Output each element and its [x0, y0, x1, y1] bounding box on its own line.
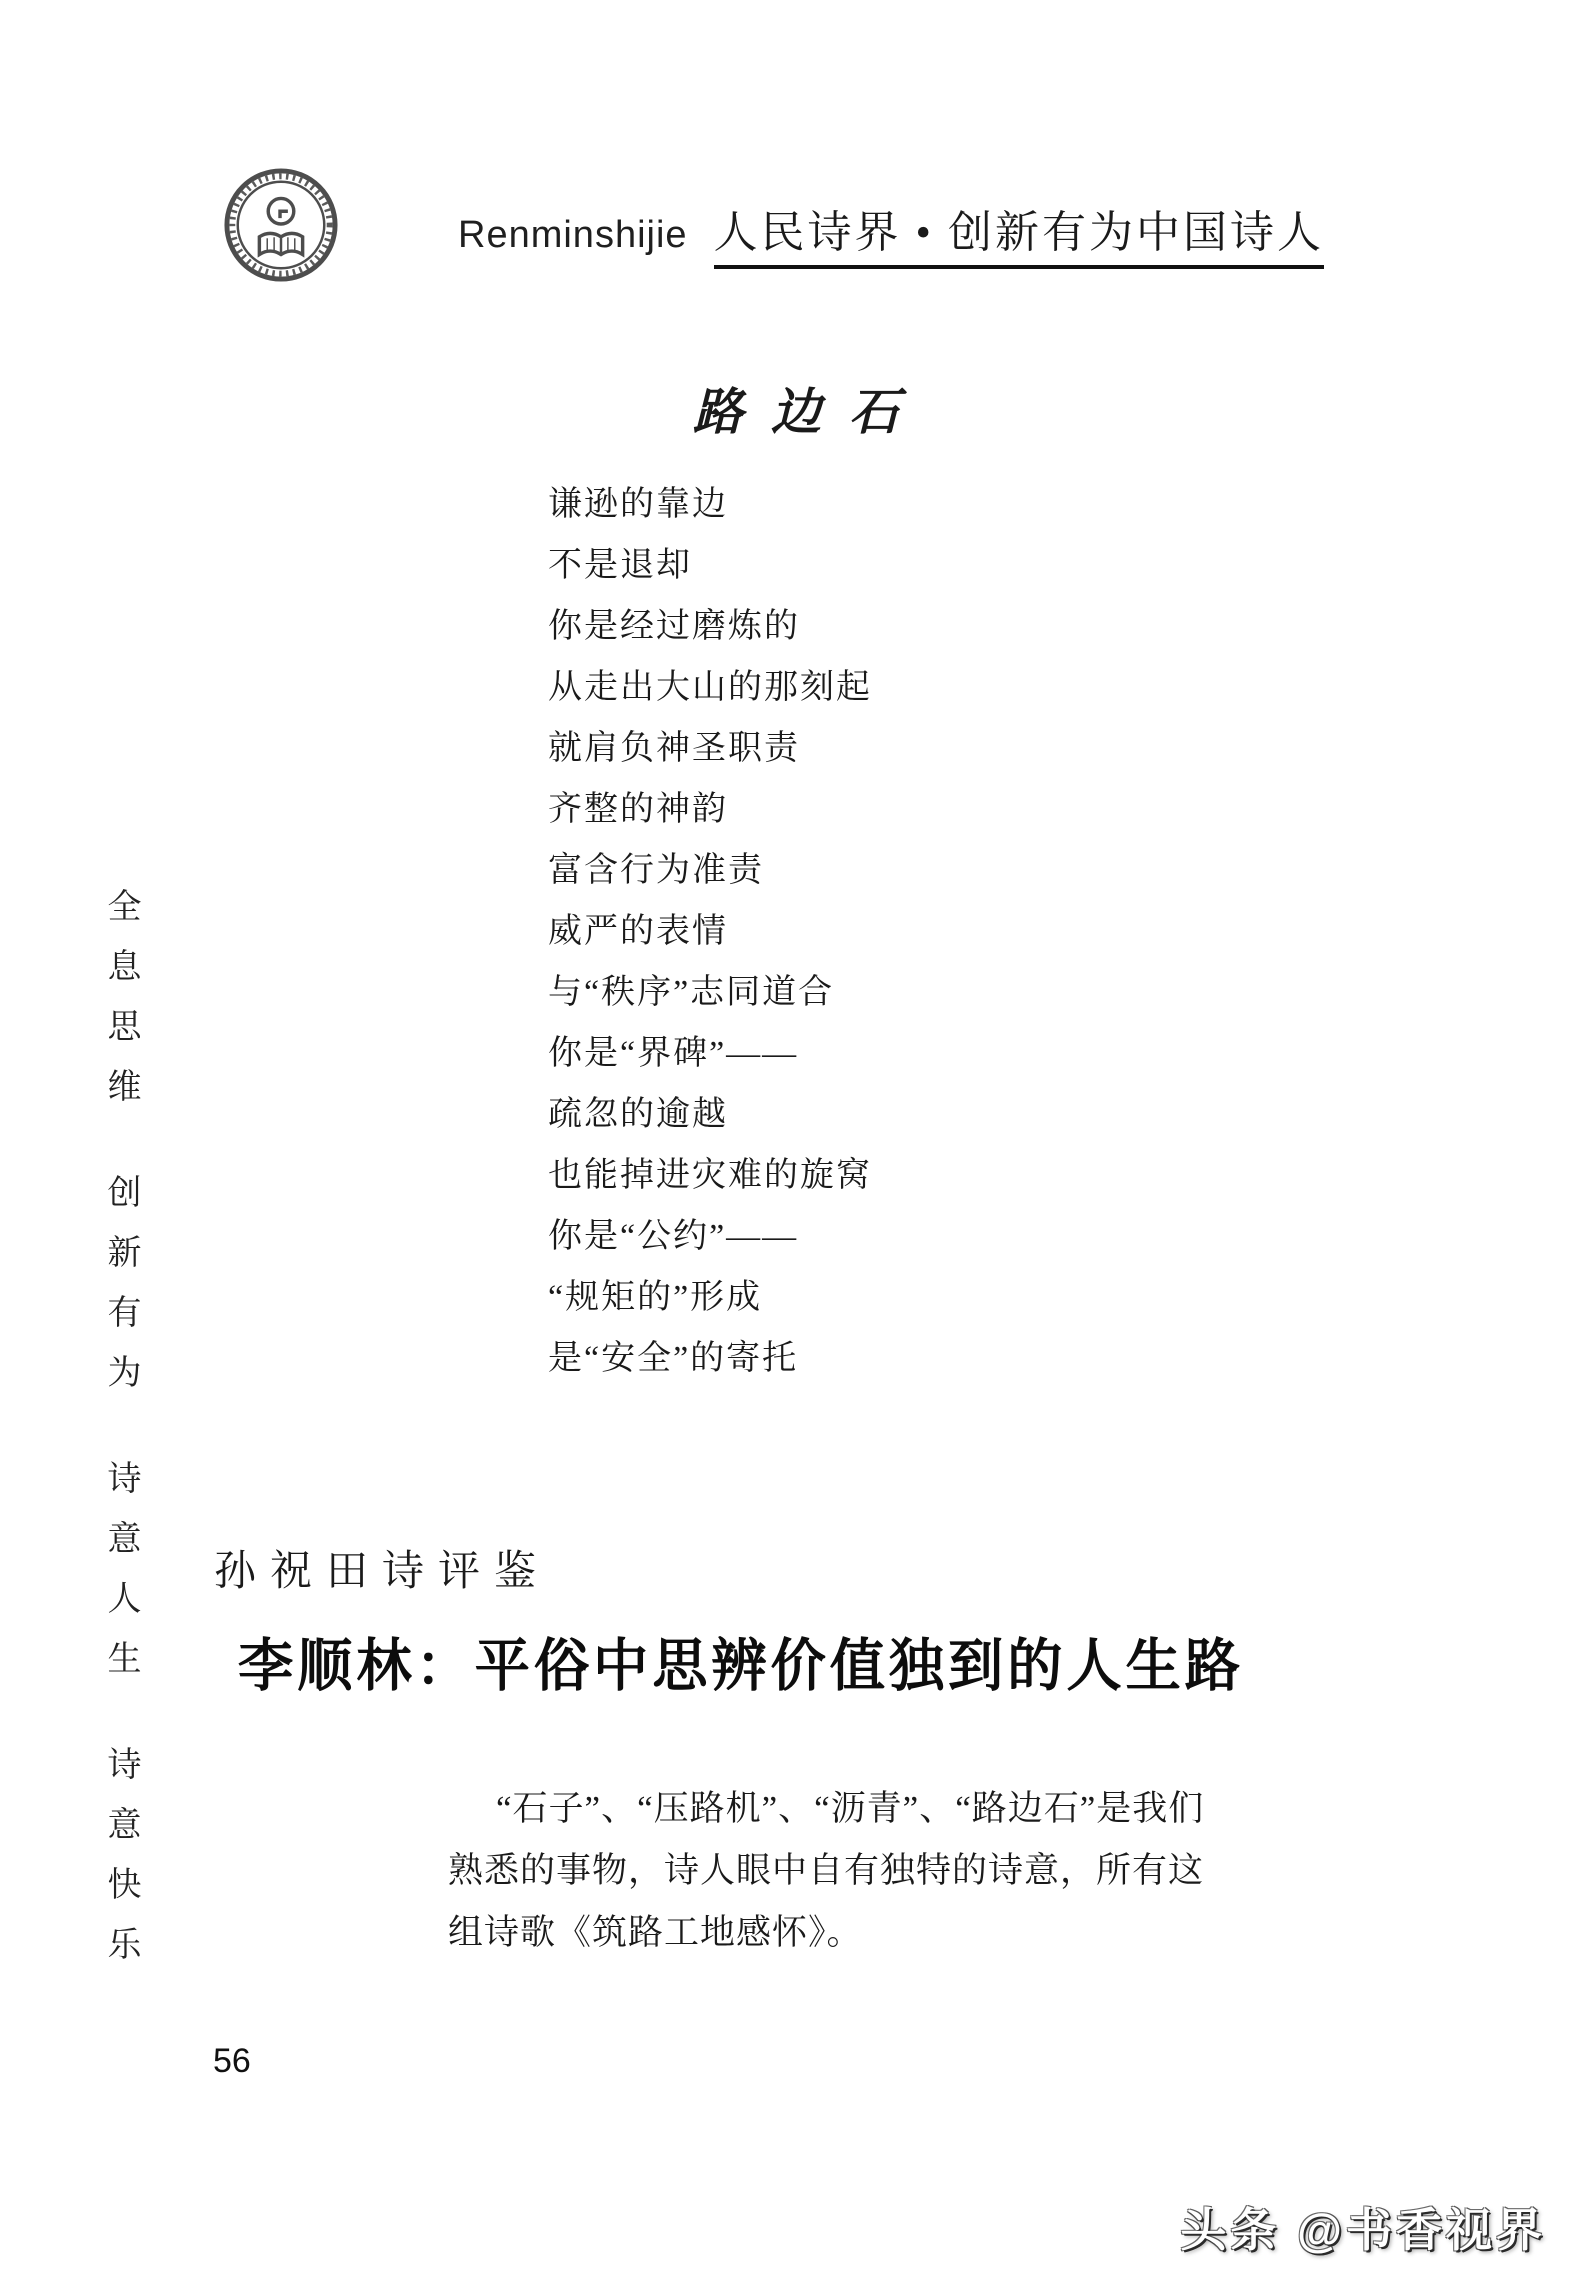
- sidebar-slogan-group: 全息思维: [96, 888, 145, 1128]
- watermark: 头条 @书香视界: [1180, 2194, 1546, 2260]
- poem-line: 谦逊的靠边: [548, 474, 872, 535]
- review-paragraph: “石子”、“压路机”、“沥青”、“路边石”是我们 熟悉的事物，诗人眼中自有独特的…: [448, 1778, 1368, 1964]
- poem-line: 富含行为准责: [548, 840, 872, 901]
- sidebar-slogan-group: 诗意人生: [96, 1460, 145, 1700]
- page-number: 56: [213, 2042, 251, 2081]
- poem-line: 你是“公约”——: [548, 1206, 872, 1267]
- document-page: Renminshijie 人民诗界 • 创新有为中国诗人 路边石 谦逊的靠边 不…: [0, 0, 1576, 2290]
- poem-line: “规矩的”形成: [548, 1267, 872, 1328]
- review-heading: 李顺林：平俗中思辨价值独到的人生路: [238, 1620, 1244, 1702]
- seal-icon: [222, 271, 340, 288]
- brand-latin-title: Renminshijie: [458, 214, 688, 257]
- paragraph-line: 熟悉的事物，诗人眼中自有独特的诗意，所有这: [448, 1840, 1368, 1902]
- poem-title: 路边石: [693, 372, 927, 444]
- brand-chinese-title: 人民诗界 • 创新有为中国诗人: [714, 196, 1324, 269]
- paragraph-line: 组诗歌《筑路工地感怀》。: [448, 1902, 1368, 1964]
- poem-line: 你是“界碑”——: [548, 1023, 872, 1084]
- poem-line: 疏忽的逾越: [548, 1084, 872, 1145]
- poem-body: 谦逊的靠边 不是退却 你是经过磨炼的 从走出大山的那刻起 就肩负神圣职责 齐整的…: [548, 474, 872, 1389]
- sidebar-slogan: 全息思维 创新有为 诗意人生 诗意快乐: [96, 888, 145, 1986]
- poem-line: 齐整的神韵: [548, 779, 872, 840]
- poem-line: 也能掉进灾难的旋窝: [548, 1145, 872, 1206]
- publisher-seal-logo: [222, 166, 340, 284]
- poem-line: 你是经过磨炼的: [548, 596, 872, 657]
- review-kicker: 孙祝田诗评鉴: [214, 1538, 550, 1598]
- poem-line: 与“秩序”志同道合: [548, 962, 872, 1023]
- masthead: Renminshijie 人民诗界 • 创新有为中国诗人: [458, 196, 1324, 269]
- poem-line: 就肩负神圣职责: [548, 718, 872, 779]
- poem-line: 不是退却: [548, 535, 872, 596]
- paragraph-line: “石子”、“压路机”、“沥青”、“路边石”是我们: [448, 1778, 1368, 1840]
- sidebar-slogan-group: 创新有为: [96, 1174, 145, 1414]
- sidebar-slogan-group: 诗意快乐: [96, 1746, 145, 1986]
- poem-line: 是“安全”的寄托: [548, 1328, 872, 1389]
- poem-line: 威严的表情: [548, 901, 872, 962]
- poem-line: 从走出大山的那刻起: [548, 657, 872, 718]
